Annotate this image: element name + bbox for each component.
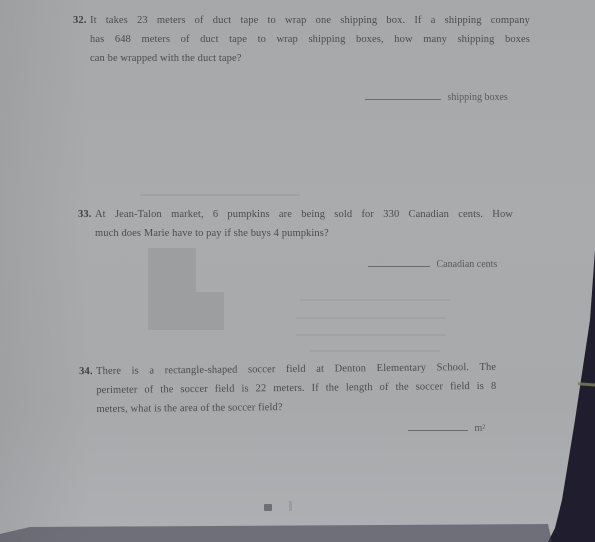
question-32: 32. It takes 23 meters of duct tape to w… — [90, 11, 530, 68]
question-number: 32. — [73, 11, 86, 30]
answer-34: m² — [408, 423, 485, 434]
page-number-mark — [289, 501, 292, 511]
bleed-through-text — [140, 194, 300, 196]
faded-figure — [196, 292, 224, 330]
answer-32: shipping boxes — [365, 92, 508, 103]
bleed-through-text — [296, 334, 446, 336]
question-text-line: At Jean-Talon market, 6 pumpkins are bei… — [95, 205, 513, 224]
answer-unit: shipping boxes — [448, 92, 508, 103]
question-number: 34. — [79, 362, 93, 381]
answer-unit: Canadian cents — [437, 259, 498, 270]
answer-blank[interactable] — [365, 99, 441, 100]
page-number-mark — [264, 504, 272, 511]
question-text-line: meters, what is the area of the soccer f… — [96, 396, 496, 419]
answer-unit: m² — [475, 423, 486, 434]
answer-blank[interactable] — [368, 266, 430, 267]
worksheet-page: 32. It takes 23 meters of duct tape to w… — [0, 0, 595, 542]
bleed-through-text — [300, 299, 450, 301]
bleed-through-text — [310, 350, 440, 352]
answer-blank[interactable] — [408, 430, 468, 431]
answer-33: Canadian cents — [368, 259, 497, 270]
question-number: 33. — [78, 205, 91, 224]
question-text-line: It takes 23 meters of duct tape to wrap … — [90, 11, 530, 30]
question-33: 33. At Jean-Talon market, 6 pumpkins are… — [95, 205, 513, 243]
question-text-line: can be wrapped with the duct tape? — [90, 49, 530, 68]
bleed-through-text — [296, 317, 446, 319]
faded-figure — [148, 248, 196, 330]
question-text-line: has 648 meters of duct tape to wrap ship… — [90, 30, 530, 49]
page-shadow — [0, 0, 90, 542]
question-text-line: much does Marie have to pay if she buys … — [95, 224, 513, 243]
question-34: 34. There is a rectangle-shaped soccer f… — [96, 358, 497, 419]
